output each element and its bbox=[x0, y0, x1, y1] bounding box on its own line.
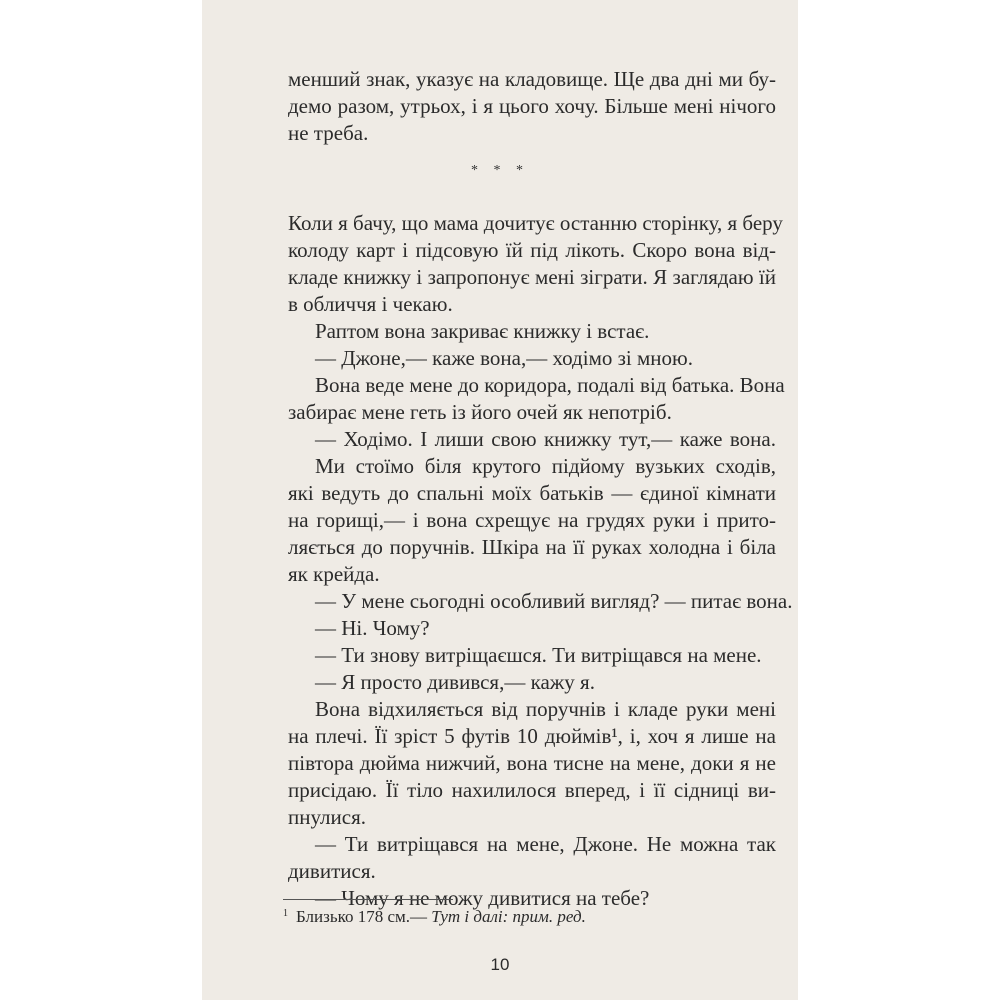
text-line: — Ні. Чому? bbox=[315, 615, 430, 642]
text-line: — Ти витріщався на мене, Джоне. Не можна… bbox=[315, 831, 776, 858]
text-line: півтора дюйма нижчий, вона тисне на мене… bbox=[288, 750, 776, 777]
footnote: 1Близько 178 см.— Тут і далі: прим. ред. bbox=[283, 907, 586, 927]
text-line: — У мене сьогодні особливий вигляд? — пи… bbox=[315, 588, 776, 615]
text-line: дивитися. bbox=[288, 858, 376, 885]
footnote-marker: 1 bbox=[283, 908, 288, 919]
text-line: не треба. bbox=[288, 120, 368, 147]
book-page: менший знак, указує на кладовище. Ще два… bbox=[202, 0, 798, 1000]
text-line: Вона відхиляється від поручнів і кладе р… bbox=[315, 696, 776, 723]
page-number: 10 bbox=[202, 955, 798, 975]
section-break: * * * bbox=[202, 163, 798, 179]
text-line: як крейда. bbox=[288, 561, 380, 588]
text-line: ляється до поручнів. Шкіра на її руках х… bbox=[288, 534, 776, 561]
text-line: присідаю. Її тіло нахилилося вперед, і ї… bbox=[288, 777, 776, 804]
text-line: колоду карт і підсовую їй під лікоть. Ск… bbox=[288, 237, 776, 264]
text-line: в обличчя і чекаю. bbox=[288, 291, 453, 318]
text-line: демо разом, утрьох, і я цього хочу. Біль… bbox=[288, 93, 776, 120]
text-line: на горищі,— і вона схрещує на грудях рук… bbox=[288, 507, 776, 534]
text-line: кладе книжку і запропонує мені зіграти. … bbox=[288, 264, 776, 291]
text-line: менший знак, указує на кладовище. Ще два… bbox=[288, 66, 776, 93]
text-line: — Ти знову витріщаєшся. Ти витріщався на… bbox=[315, 642, 762, 669]
text-line: Коли я бачу, що мама дочитує останню сто… bbox=[288, 210, 776, 237]
text-line: Раптом вона закриває книжку і встає. bbox=[315, 318, 649, 345]
text-line: Ми стоїмо біля крутого підйому вузьких с… bbox=[315, 453, 776, 480]
text-line: — Ходімо. І лиши свою книжку тут,— каже … bbox=[315, 426, 776, 453]
text-line: — Джоне,— каже вона,— ходімо зі мною. bbox=[315, 345, 693, 372]
text-line: — Я просто дивився,— кажу я. bbox=[315, 669, 595, 696]
text-line: які ведуть до спальні моїх батьків — єди… bbox=[288, 480, 776, 507]
footnote-rule bbox=[283, 899, 453, 900]
text-line: пнулися. bbox=[288, 804, 366, 831]
text-line: Вона веде мене до коридора, подалі від б… bbox=[315, 372, 776, 399]
footnote-text: Близько 178 см.— bbox=[296, 907, 431, 926]
text-line: на плечі. Її зріст 5 футів 10 дюймів¹, і… bbox=[288, 723, 776, 750]
footnote-editor-note: Тут і далі: прим. ред. bbox=[431, 907, 586, 926]
text-line: забирає мене геть із його очей як непотр… bbox=[288, 399, 672, 426]
